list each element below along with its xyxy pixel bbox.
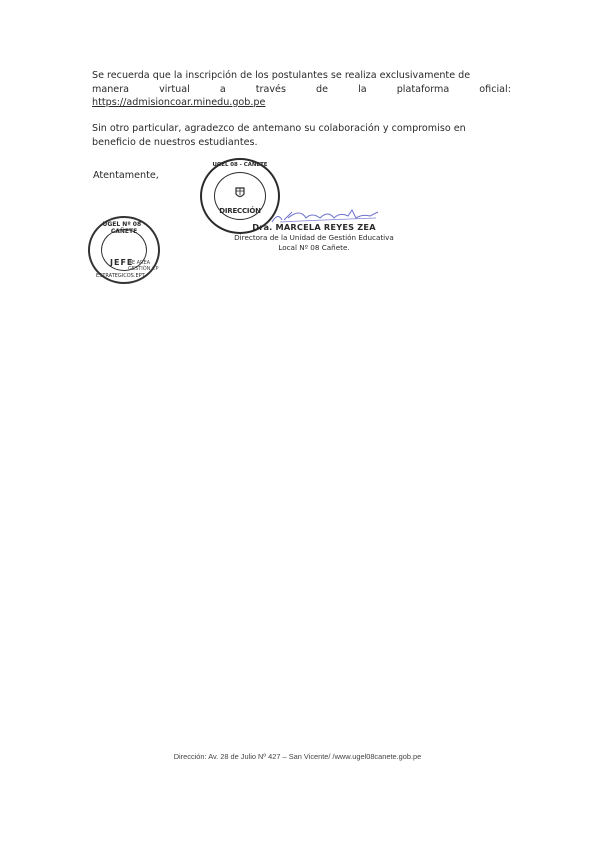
footer-address: Dirección: Av. 28 de Julio Nº 427 – San … <box>0 752 595 761</box>
signer-role-line: Directora de la Unidad de Gestión Educat… <box>214 233 414 243</box>
stamp-label: DIRECCIÓN <box>202 207 278 215</box>
word: a <box>220 83 226 97</box>
word: través <box>256 83 286 97</box>
word: la <box>358 83 367 97</box>
stamp-ring-text: UGEL Nº 08 · CAÑETE <box>90 221 158 235</box>
paragraph-line: beneficio de nuestros estudiantes. <box>92 136 511 150</box>
admission-platform-link[interactable]: https://admisioncoar.minedu.gob.pe <box>92 97 265 108</box>
thanks-paragraph: Sin otro particular, agradezco de antema… <box>92 122 511 149</box>
closing-salutation: Atentamente, <box>93 170 159 181</box>
coat-of-arms-icon <box>233 186 247 200</box>
word: de <box>316 83 328 97</box>
word: plataforma <box>397 83 450 97</box>
word: virtual <box>159 83 190 97</box>
inscription-paragraph: Se recuerda que la inscripción de los po… <box>92 69 511 110</box>
signer-role-line: Local Nº 08 Cañete. <box>214 243 414 253</box>
paragraph-line: Sin otro particular, agradezco de antema… <box>92 122 511 136</box>
signer-block: Dra. MARCELA REYES ZEA Directora de la U… <box>214 222 414 253</box>
signer-role: Directora de la Unidad de Gestión Educat… <box>214 233 414 253</box>
word: oficial: <box>479 83 511 97</box>
stamp-extra-line: GESTIÓN CP <box>128 266 159 272</box>
stamp-ring-text: UGEL 08 - CAÑETE <box>202 162 278 168</box>
paragraph-justified-line: manera virtual a través de la plataforma… <box>92 83 511 97</box>
jefe-stamp-extra: DE AREA GESTIÓN CP <box>128 260 159 272</box>
word: manera <box>92 83 129 97</box>
jefe-stamp: UGEL Nº 08 · CAÑETE JEFE ESTRATEGICOS.EP… <box>88 216 160 284</box>
signer-name: Dra. MARCELA REYES ZEA <box>214 222 414 232</box>
stamp-bottom-text: ESTRATEGICOS.EPT <box>96 273 145 279</box>
paragraph-line: Se recuerda que la inscripción de los po… <box>92 69 511 83</box>
